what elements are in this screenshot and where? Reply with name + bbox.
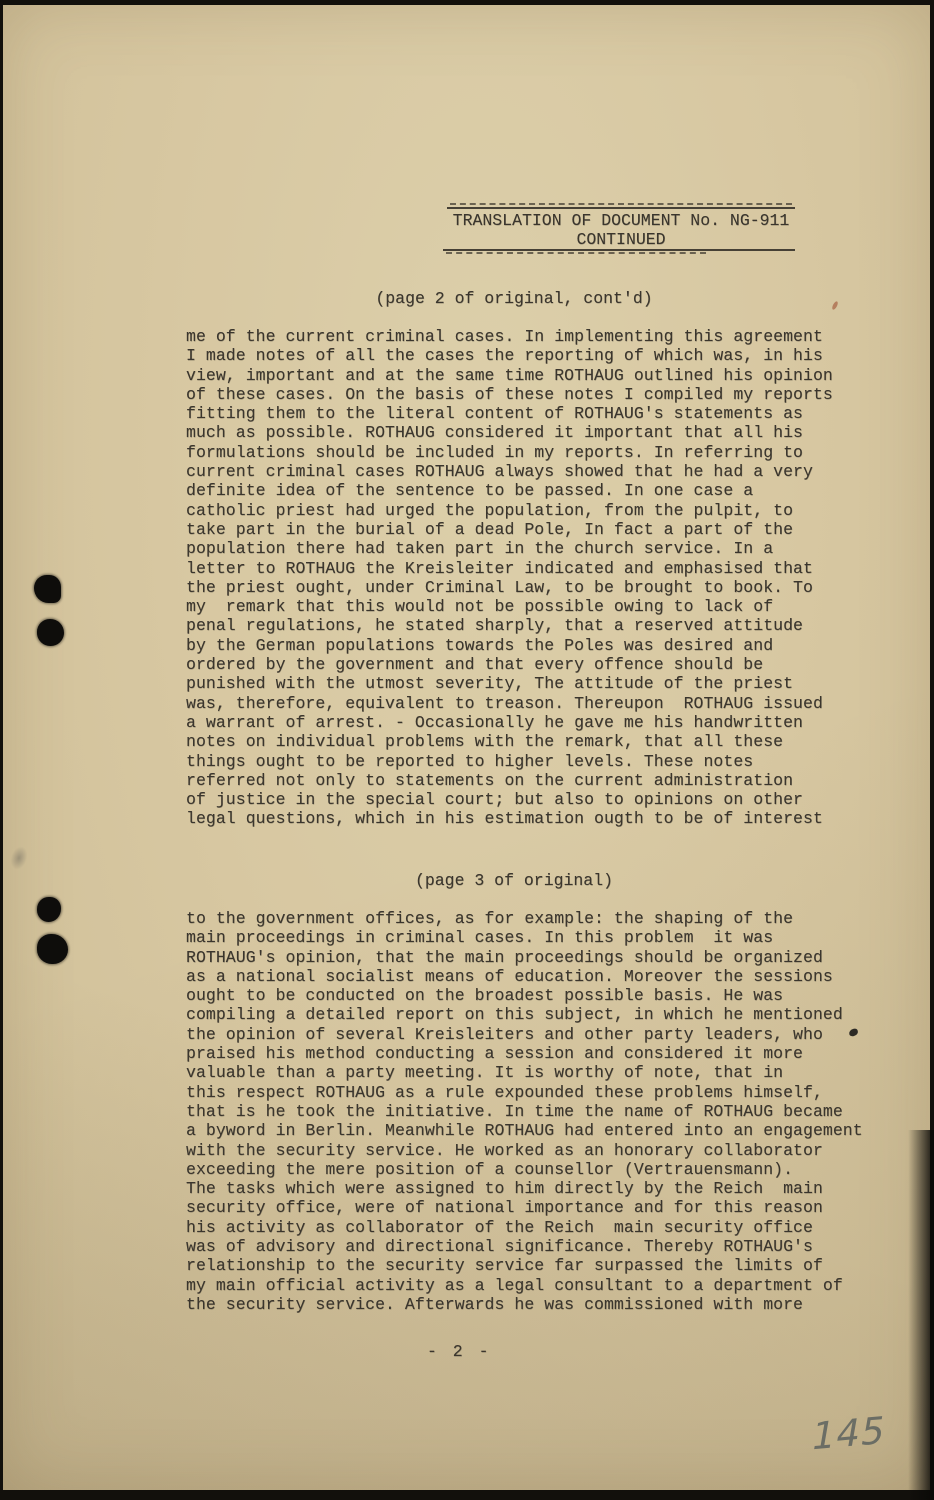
section1-paragraph: me of the current criminal cases. In imp… bbox=[186, 327, 833, 829]
document-subtitle: CONTINUED bbox=[447, 230, 795, 249]
document-scan-page: TRANSLATION OF DOCUMENT No. NG-911 CONTI… bbox=[0, 0, 934, 1500]
header-rule-top bbox=[447, 207, 795, 209]
section2-heading: (page 3 of original) bbox=[186, 871, 842, 890]
page-number: - 2 - bbox=[427, 1342, 492, 1361]
document-header: TRANSLATION OF DOCUMENT No. NG-911 CONTI… bbox=[447, 211, 795, 249]
scan-shadow-bottom-right bbox=[908, 1130, 934, 1500]
hole-punch-mark bbox=[34, 575, 61, 603]
hole-punch-mark bbox=[37, 934, 68, 964]
header-rule-bottom-dashed bbox=[446, 252, 706, 254]
header-rule-bottom bbox=[443, 249, 795, 251]
hole-punch-mark bbox=[37, 619, 64, 646]
section2-paragraph: to the government offices, as for exampl… bbox=[186, 909, 863, 1314]
scan-edge-bottom bbox=[0, 1490, 934, 1500]
scan-edge-left bbox=[0, 0, 3, 1500]
handwritten-page-number: 145 bbox=[812, 1409, 886, 1459]
section1-heading: (page 2 of original, cont'd) bbox=[186, 289, 842, 308]
document-title: TRANSLATION OF DOCUMENT No. NG-911 bbox=[447, 211, 795, 230]
header-rule-top-dashed bbox=[450, 203, 792, 205]
scan-edge-top bbox=[0, 0, 934, 5]
